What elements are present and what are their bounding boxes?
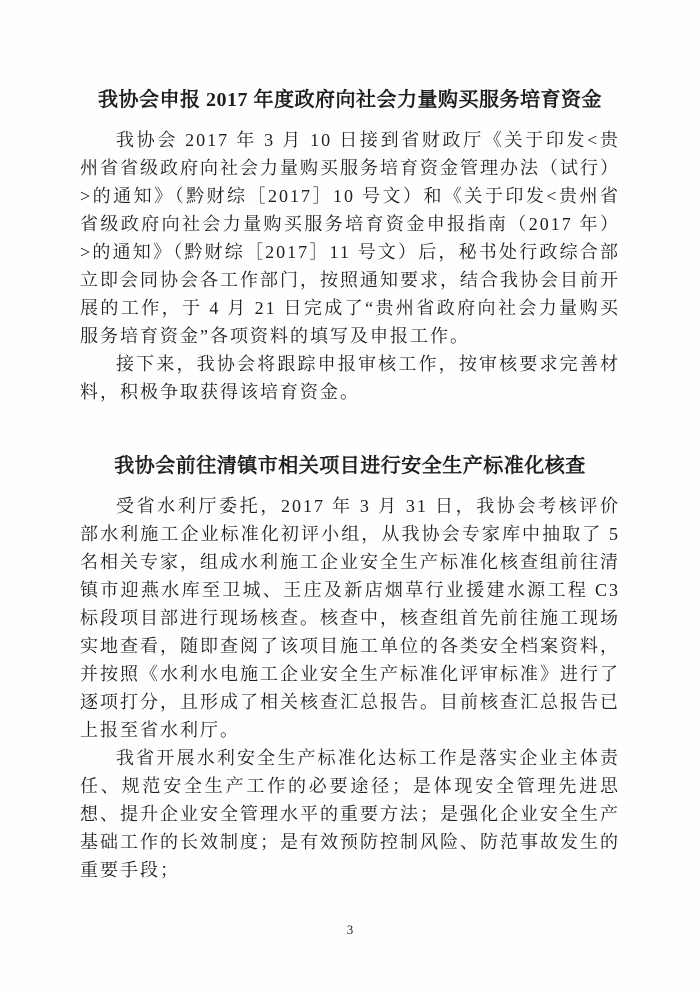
paragraph: 接下来，我协会将跟踪申报审核工作，按审核要求完善材料，积极争取获得该培育资金。 bbox=[80, 350, 620, 406]
paragraph: 我协会 2017 年 3 月 10 日接到省财政厅《关于印发<贵州省省级政府向社… bbox=[80, 126, 620, 350]
section-title-funding-application: 我协会申报 2017 年度政府向社会力量购买服务培育资金 bbox=[80, 86, 620, 114]
paragraph: 我省开展水利安全生产标准化达标工作是落实企业主体责任、规范安全生产工作的必要途径… bbox=[80, 744, 620, 884]
document-page: 我协会申报 2017 年度政府向社会力量购买服务培育资金 我协会 2017 年 … bbox=[0, 0, 700, 990]
paragraph: 受省水利厅委托，2017 年 3 月 31 日，我协会考核评价部水利施工企业标准… bbox=[80, 492, 620, 744]
page-number: 3 bbox=[0, 922, 700, 938]
section-title-safety-inspection: 我协会前往清镇市相关项目进行安全生产标准化核查 bbox=[80, 452, 620, 480]
section-funding-application: 我协会申报 2017 年度政府向社会力量购买服务培育资金 我协会 2017 年 … bbox=[80, 86, 620, 406]
section-safety-inspection: 我协会前往清镇市相关项目进行安全生产标准化核查 受省水利厅委托，2017 年 3… bbox=[80, 452, 620, 884]
